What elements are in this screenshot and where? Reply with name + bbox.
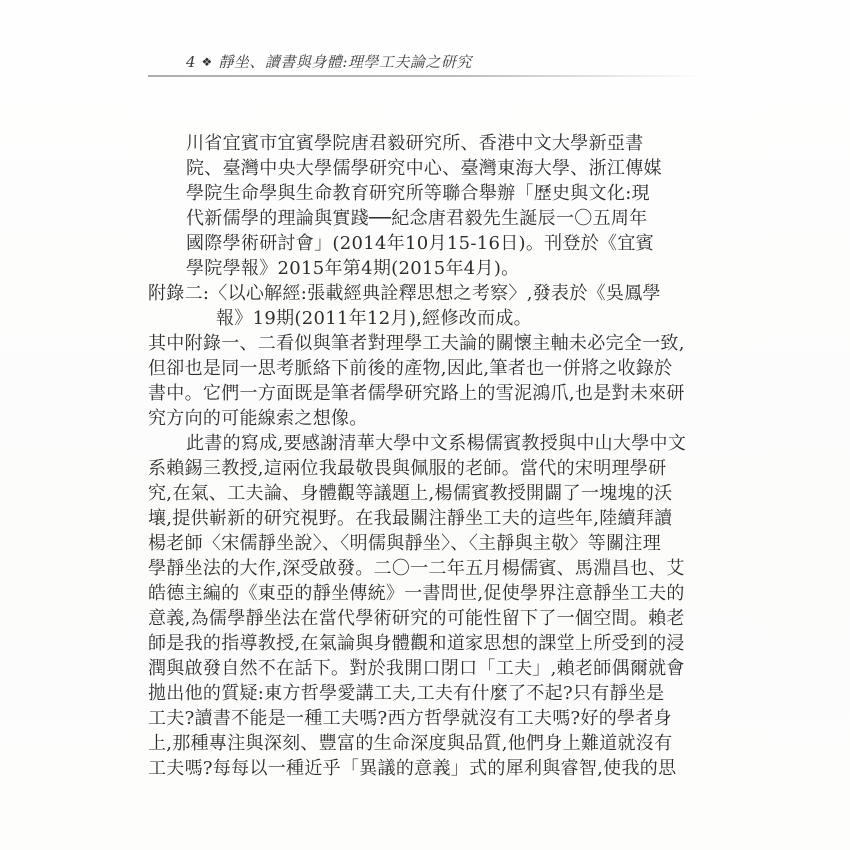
text-line: 工夫嗎?每每以一種近乎「異議的意義」式的犀利與睿智,使我的思: [148, 756, 700, 781]
text-line: 楊老師〈宋儒靜坐說〉、〈明儒與靜坐〉、〈主靜與主敬〉等關注理: [148, 531, 700, 556]
text-line: 川省宜賓市宜賓學院唐君毅研究所、香港中文大學新亞書: [148, 131, 700, 156]
text-line: 院、臺灣中央大學儒學研究中心、臺灣東海大學、浙江傳媒: [148, 156, 700, 181]
text-line: 學院學報》2015年第4期(2015年4月)。: [148, 256, 700, 281]
text-line: 其中附錄一、二看似與筆者對理學工夫論的關懷主軸未必完全一致,: [148, 331, 700, 356]
text-line: 師是我的指導教授,在氣論與身體觀和道家思想的課堂上所受到的浸: [148, 631, 700, 656]
text-line: 附錄二:〈以心解經:張載經典詮釋思想之考察〉,發表於《吳鳳學: [148, 281, 700, 306]
text-line: 但卻也是同一思考脈絡下前後的產物,因此,筆者也一併將之收錄於: [148, 356, 700, 381]
page-number: 4: [186, 53, 197, 71]
text-line: 學院生命學與生命教育研究所等聯合舉辦「歷史與文化:現: [148, 181, 700, 206]
paragraph-block: 此書的寫成,要感謝清華大學中文系楊儒賓教授與中山大學中文系賴錫三教授,這兩位我最…: [148, 431, 700, 781]
text-line: 代新儒學的理論與實踐──紀念唐君毅先生誕辰一〇五周年: [148, 206, 700, 231]
running-title: 靜坐、讀書與身體:理學工夫論之研究: [218, 53, 472, 71]
diamond-ornament-icon: ❖: [202, 55, 214, 69]
text-line: 系賴錫三教授,這兩位我最敬畏與佩服的老師。當代的宋明理學研: [148, 456, 700, 481]
text-line: 意義,為儒學靜坐法在當代學術研究的可能性留下了一個空間。賴老: [148, 606, 700, 631]
text-line: 究,在氣、工夫論、身體觀等議題上,楊儒賓教授開闢了一塊塊的沃: [148, 481, 700, 506]
text-line: 拋出他的質疑:東方哲學愛講工夫,工夫有什麼了不起?只有靜坐是: [148, 681, 700, 706]
header-divider: [148, 75, 704, 77]
text-line: 皓德主編的《東亞的靜坐傳統》一書問世,促使學界注意靜坐工夫的: [148, 581, 700, 606]
book-page: 4❖靜坐、讀書與身體:理學工夫論之研究 川省宜賓市宜賓學院唐君毅研究所、香港中文…: [0, 0, 850, 850]
paragraph-block: 附錄二:〈以心解經:張載經典詮釋思想之考察〉,發表於《吳鳳學報》19期(2011…: [148, 281, 700, 331]
text-line: 壤,提供嶄新的研究視野。在我最關注靜坐工夫的這些年,陸續拜讀: [148, 506, 700, 531]
text-line: 工夫?讀書不能是一種工夫嗎?西方哲學就沒有工夫嗎?好的學者身: [148, 706, 700, 731]
text-line: 此書的寫成,要感謝清華大學中文系楊儒賓教授與中山大學中文: [148, 431, 700, 456]
paragraph-block: 川省宜賓市宜賓學院唐君毅研究所、香港中文大學新亞書院、臺灣中央大學儒學研究中心、…: [148, 131, 700, 281]
text-line: 潤與啟發自然不在話下。對於我開口閉口「工夫」,賴老師偶爾就會: [148, 656, 700, 681]
running-header: 4❖靜坐、讀書與身體:理學工夫論之研究: [186, 51, 472, 72]
text-line: 報》19期(2011年12月),經修改而成。: [148, 306, 700, 331]
text-line: 國際學術研討會」(2014年10月15-16日)。刊登於《宜賓: [148, 231, 700, 256]
text-line: 學靜坐法的大作,深受啟發。二〇一二年五月楊儒賓、馬淵昌也、艾: [148, 556, 700, 581]
text-body: 川省宜賓市宜賓學院唐君毅研究所、香港中文大學新亞書院、臺灣中央大學儒學研究中心、…: [148, 131, 700, 781]
paragraph-block: 其中附錄一、二看似與筆者對理學工夫論的關懷主軸未必完全一致,但卻也是同一思考脈絡…: [148, 331, 700, 431]
text-line: 書中。它們一方面既是筆者儒學研究路上的雪泥鴻爪,也是對未來研: [148, 381, 700, 406]
text-line: 上,那種專注與深刻、豐富的生命深度與品質,他們身上難道就沒有: [148, 731, 700, 756]
text-line: 究方向的可能線索之想像。: [148, 406, 700, 431]
